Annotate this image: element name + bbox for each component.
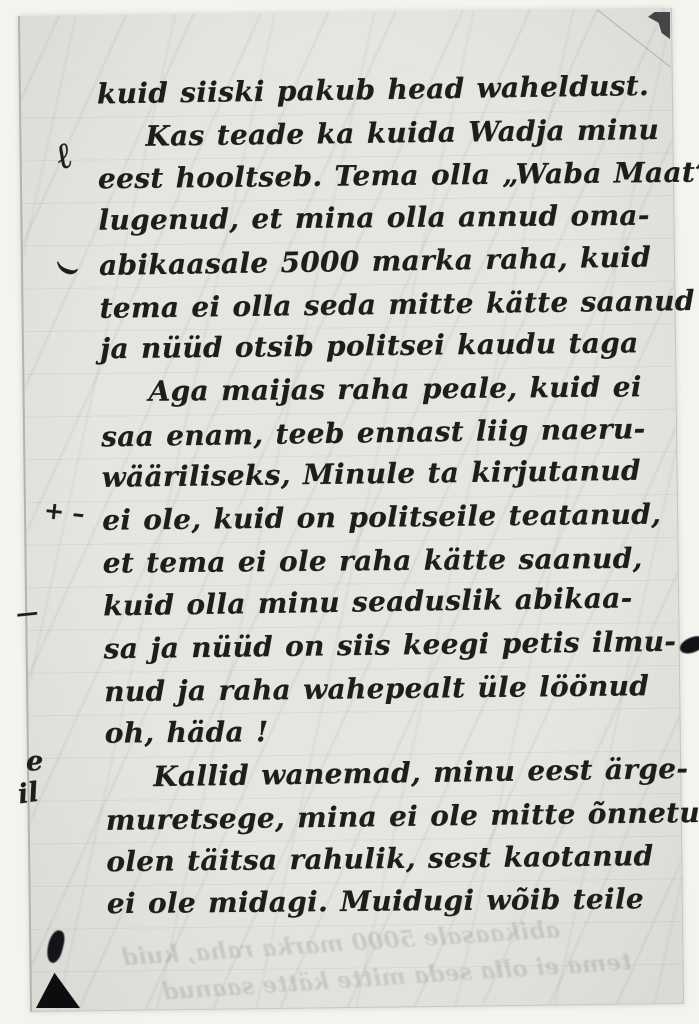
letter-line: sa ja nüüd on siis keegi petis ilmu- <box>103 621 669 671</box>
letter-line: ja nüüd otsib politsei kaudu taga <box>100 322 665 371</box>
letter-line: eest hooltseb. Tema olla „Waba Maat” <box>98 152 663 201</box>
letter-line: kuid olla minu seaduslik abikaa- <box>103 577 669 628</box>
letter-line: abikaasale 5000 marka raha, kuid <box>99 236 665 287</box>
letter-paper: kuid siiski pakub head waheldust.Kas tea… <box>18 8 684 1012</box>
letter-line: olen täitsa rahulik, sest kaotanud <box>106 835 671 884</box>
letter-line: ei ole, kuid on politseile teatanud, <box>102 493 667 542</box>
scanned-photo: kuid siiski pakub head waheldust.Kas tea… <box>0 0 699 1024</box>
letter-line: nud ja raha wahepealt üle löönud <box>104 665 669 714</box>
letter-line: Aga maijas raha peale, kuid ei <box>100 366 665 414</box>
letter-line: kuid siiski pakub head waheldust. <box>97 65 663 116</box>
letter-line: Kallid wanemad, minu eest ärge- <box>105 748 671 799</box>
letter-line: oh, häda ! <box>105 707 670 755</box>
letter-line: lugenud, et mina olla annud oma- <box>98 195 663 243</box>
letter-line: wääriliseks, Minule ta kirjutanud <box>101 450 667 500</box>
letter-line: ei ole midagi. Muidugi wõib teile <box>107 878 672 926</box>
ink-blot <box>677 634 699 657</box>
letter-line: Kas teade ka kuida Wadja minu <box>97 109 663 159</box>
letter-text-block: kuid siiski pakub head waheldust.Kas tea… <box>97 66 672 927</box>
